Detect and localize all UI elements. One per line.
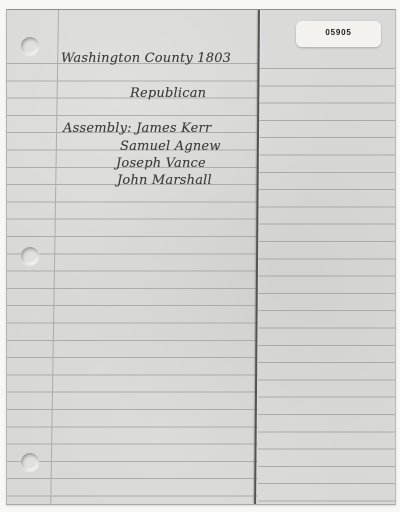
handwritten-assembly-line: Assembly: James Kerr [63, 121, 211, 136]
punch-hole-middle [21, 247, 39, 265]
handwritten-member-john-marshall: John Marshall [117, 173, 212, 188]
catalog-sticker: 05905 [296, 21, 381, 47]
catalog-number: 05905 [325, 28, 351, 37]
ruled-lines-right-sheet [258, 68, 395, 504]
handwritten-member-samuel-agnew: Samuel Agnew [120, 139, 221, 154]
punch-hole-top [21, 37, 39, 55]
handwritten-county-year: Washington County 1803 [61, 51, 231, 66]
punch-hole-bottom [21, 453, 39, 471]
scanned-document: 05905 Washington County 1803 Republican … [0, 0, 400, 512]
handwritten-member-joseph-vance: Joseph Vance [116, 156, 206, 171]
handwritten-party: Republican [130, 86, 206, 101]
notebook-page: 05905 Washington County 1803 Republican … [6, 9, 396, 505]
